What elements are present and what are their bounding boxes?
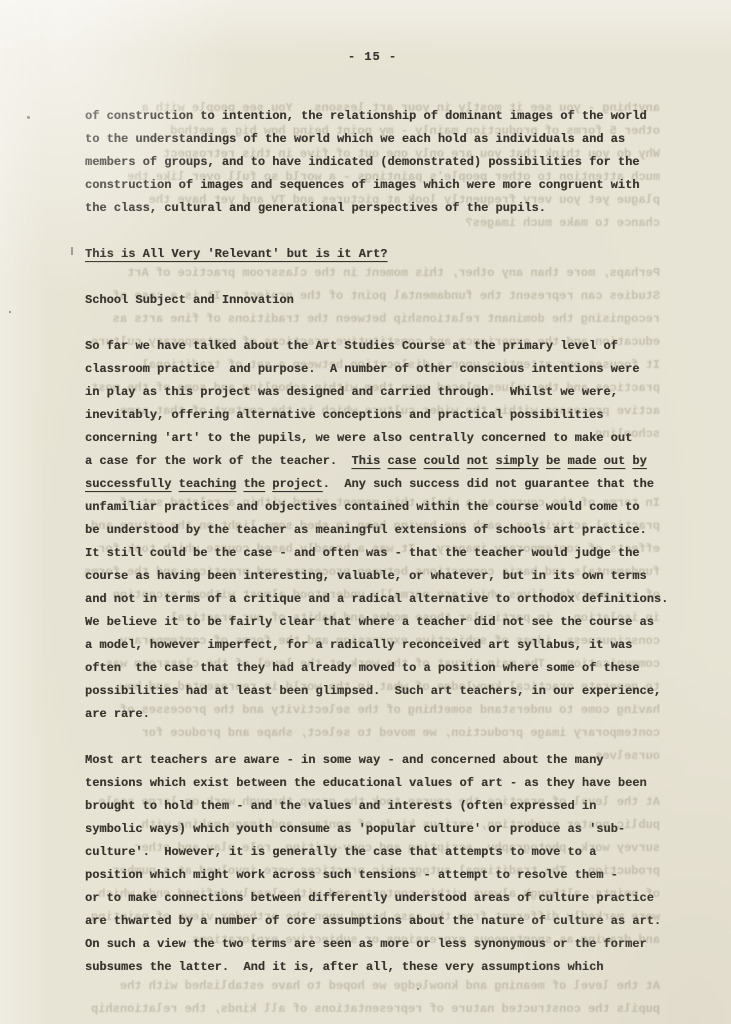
text-line: course as having been interesting, valua…: [85, 565, 660, 588]
text-line: possibilities had at least been glimpsed…: [85, 680, 660, 703]
paper-speck: [417, 988, 419, 990]
scanned-page: { "colors": { "paper": "#e8e4d5", "ink":…: [0, 0, 731, 1024]
section-heading: This is All Very 'Relevant' but is it Ar…: [85, 243, 660, 266]
text-line: of construction to intention, the relati…: [85, 105, 660, 128]
text-line: We believe it to be fairly clear that wh…: [85, 611, 660, 634]
text-line: brought to hold them - and the values an…: [85, 795, 660, 818]
text-line: and not in terms of a critique and a rad…: [85, 588, 660, 611]
text-line: classroom practice and purpose. A number…: [85, 358, 660, 381]
page-sheet: - 15 - of construction to intention, the…: [0, 0, 731, 1024]
text-line: culture'. However, it is generally the c…: [85, 841, 660, 864]
text-line: a case for the work of the teacher. This…: [85, 450, 660, 473]
underlined-word: could: [423, 454, 459, 468]
underlined-word: not: [467, 454, 489, 468]
text-line: construction of images and sequences of …: [85, 174, 660, 197]
underlined-word: case: [387, 454, 416, 468]
underlined-word: successfully: [85, 477, 171, 491]
text-line: tensions which exist between the educati…: [85, 772, 660, 795]
text-line: subsumes the latter. And it is, after al…: [85, 956, 660, 979]
underlined-word: out: [604, 454, 626, 468]
text-line: concerning 'art' to the pupils, we were …: [85, 427, 660, 450]
underlined-word: teaching: [179, 477, 237, 491]
paragraph-construction-intention: of construction to intention, the relati…: [85, 105, 660, 220]
text-line: often the case that they had already mov…: [85, 657, 660, 680]
paper-speck: [27, 116, 30, 119]
text-line: members of groups, and to have indicated…: [85, 151, 660, 174]
underlined-word: made: [568, 454, 597, 468]
text-line: position which might work across such te…: [85, 864, 660, 887]
text-line: in play as this project was designed and…: [85, 381, 660, 404]
text-line: On such a view the two terms are seen as…: [85, 933, 660, 956]
text-line: inevitably, offering alternative concept…: [85, 404, 660, 427]
underlined-word: be: [546, 454, 560, 468]
text-line: So far we have talked about the Art Stud…: [85, 335, 660, 358]
text-line: or to make connections between different…: [85, 887, 660, 910]
text-line: are rare.: [85, 703, 660, 726]
text-line: are thwarted by a number of core assumpt…: [85, 910, 660, 933]
text-column: - 15 - of construction to intention, the…: [85, 46, 660, 1002]
text-line: a model, however imperfect, for a radica…: [85, 634, 660, 657]
underlined-word: by: [632, 454, 646, 468]
stray-typewriter-mark: [71, 247, 73, 255]
text-line: symbolic ways) which youth consume as 'p…: [85, 818, 660, 841]
paragraph-art-studies-course: So far we have talked about the Art Stud…: [85, 335, 660, 726]
page-number: - 15 -: [85, 46, 660, 69]
text-line: It still could be the case - and often w…: [85, 542, 660, 565]
text-line: successfully teaching the project. Any s…: [85, 473, 660, 496]
text-line: to the understandings of the world which…: [85, 128, 660, 151]
text-line: Most art teachers are aware - in some wa…: [85, 749, 660, 772]
text-line: be understood by the teacher as meaningf…: [85, 519, 660, 542]
underlined-word: the: [243, 477, 265, 491]
underlined-word: project: [272, 477, 322, 491]
paragraph-art-teachers-tensions: Most art teachers are aware - in some wa…: [85, 749, 660, 979]
text-line: the class, cultural and generational per…: [85, 197, 660, 220]
underlined-word: simply: [496, 454, 539, 468]
sub-heading: School Subject and Innovation: [85, 289, 660, 312]
text-line: unfamiliar practices and objectives cont…: [85, 496, 660, 519]
paper-speck: [9, 311, 11, 313]
underlined-word: This: [351, 454, 380, 468]
